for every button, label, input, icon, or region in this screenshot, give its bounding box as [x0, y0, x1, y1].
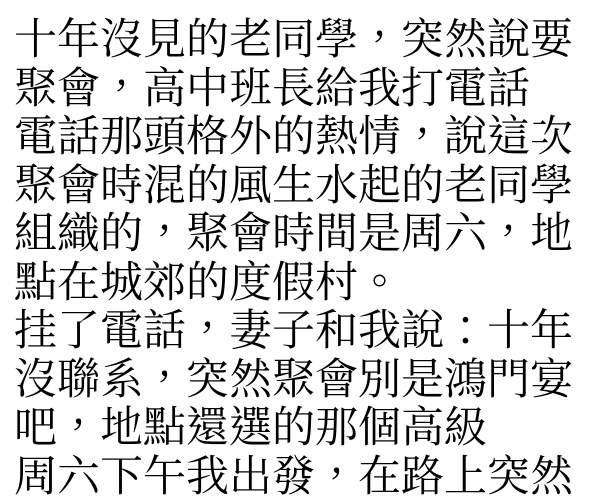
- text-line-8: 沒聯系，突然聚會別是鴻門宴: [14, 356, 600, 405]
- text-line-7: 挂了電話，妻子和我說：十年: [14, 307, 600, 356]
- text-line-1: 十年沒見的老同學，突然說要: [14, 16, 600, 65]
- text-line-6: 點在城郊的度假村。: [14, 259, 600, 308]
- text-line-2: 聚會，高中班長給我打電話: [14, 65, 600, 114]
- text-line-9: 吧，地點還選的那個高級: [14, 404, 600, 453]
- text-line-3: 電話那頭格外的熱情，說這次: [14, 113, 600, 162]
- story-text-block: 十年沒見的老同學，突然說要 聚會，高中班長給我打電話 電話那頭格外的熱情，說這次…: [14, 0, 600, 500]
- text-line-5: 組織的，聚會時間是周六，地: [14, 210, 600, 259]
- text-line-10: 周六下午我出發，在路上突然: [14, 453, 600, 501]
- text-line-4: 聚會時混的風生水起的老同學: [14, 162, 600, 211]
